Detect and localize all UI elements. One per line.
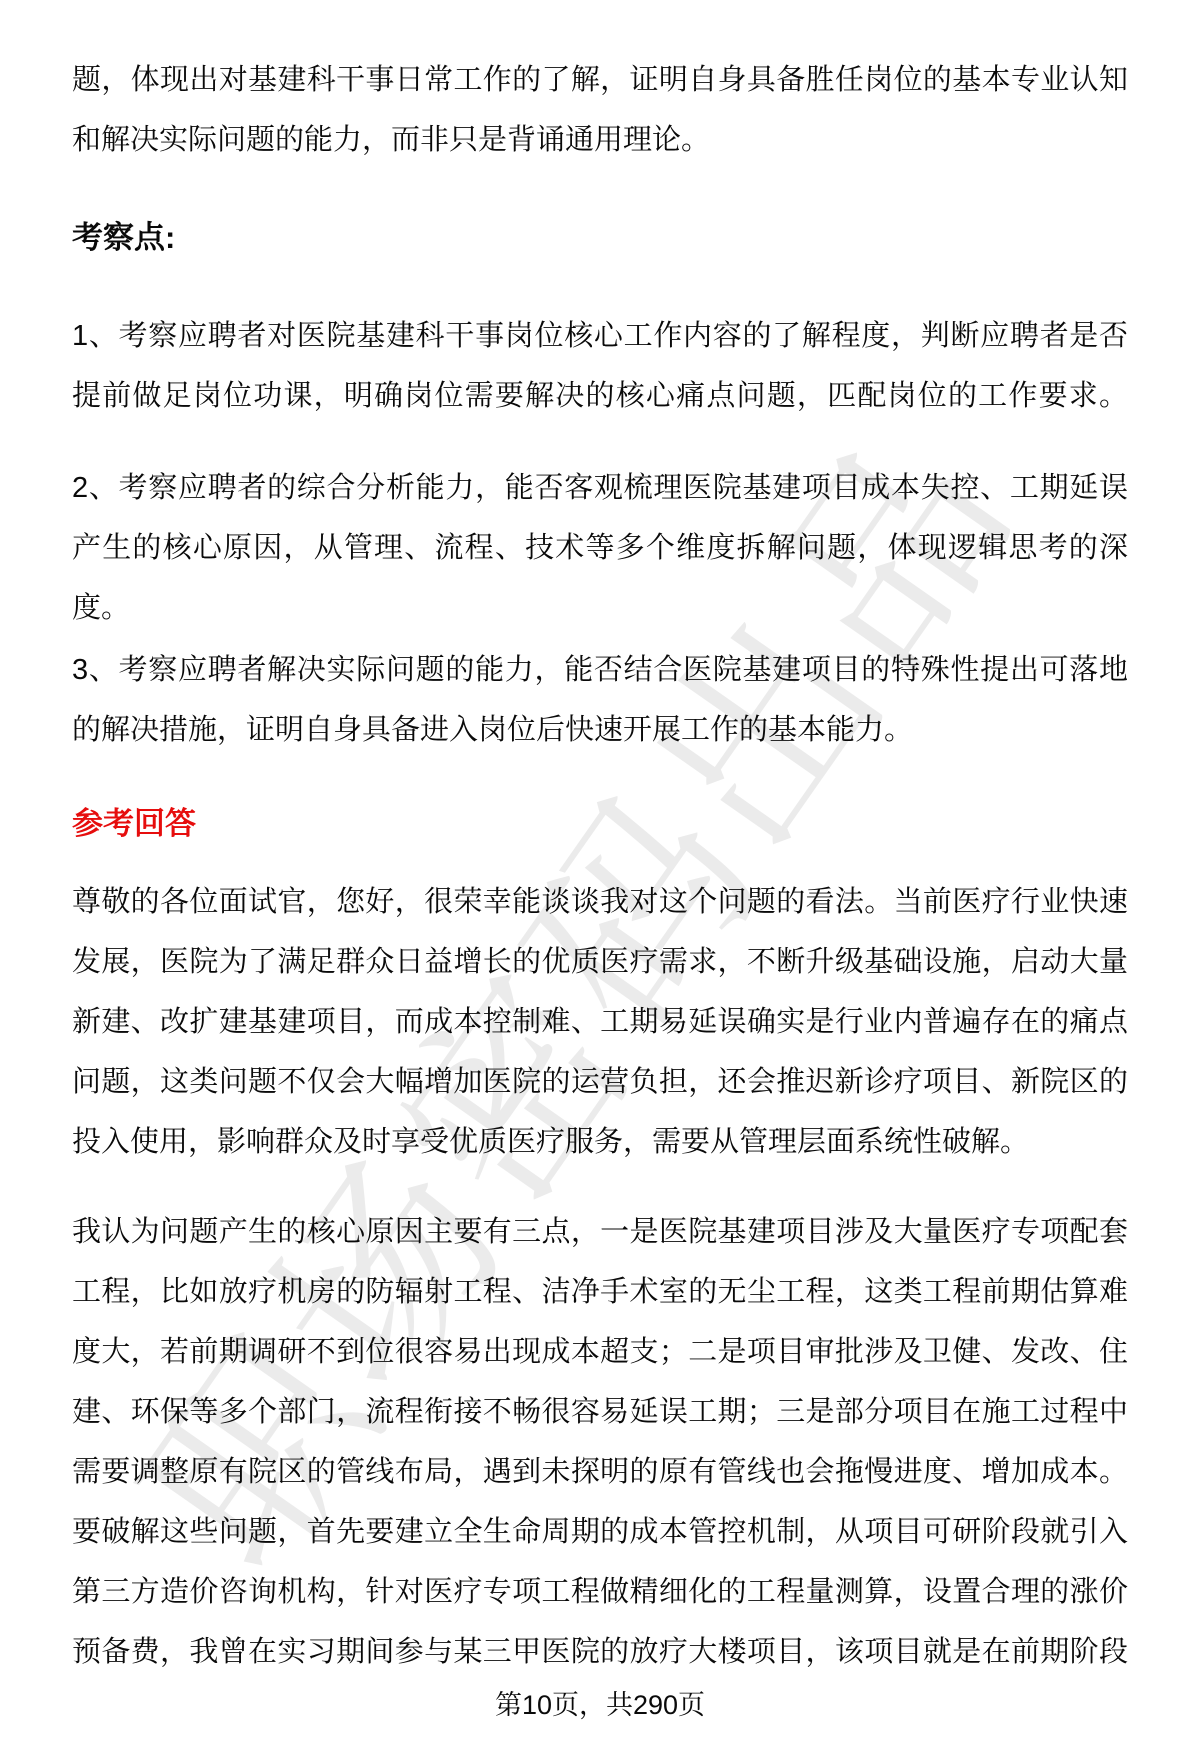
text-line: 产生的核心原因，从管理、流程、技术等多个维度拆解问题，体现逻辑思考的深 (72, 518, 1128, 578)
answer-paragraph-2: 我认为问题产生的核心原因主要有三点，一是医院基建项目涉及大量医疗专项配套 工程，… (72, 1202, 1128, 1682)
text-line: 2、考察应聘者的综合分析能力，能否客观梳理医院基建项目成本失控、工期延误 (72, 458, 1128, 518)
text-line: 和解决实际问题的能力，而非只是背诵通用理论。 (72, 110, 1128, 170)
answer-paragraph-1: 尊敬的各位面试官，您好，很荣幸能谈谈我对这个问题的看法。当前医疗行业快速 发展，… (72, 872, 1128, 1172)
text-line: 度大，若前期调研不到位很容易出现成本超支；二是项目审批涉及卫健、发改、住 (72, 1322, 1128, 1382)
intro-paragraph: 题，体现出对基建科干事日常工作的了解，证明自身具备胜任岗位的基本专业认知 和解决… (72, 50, 1128, 170)
text-line: 建、环保等多个部门，流程衔接不畅很容易延误工期；三是部分项目在施工过程中 (72, 1382, 1128, 1442)
document-page: 职场密码出品 题，体现出对基建科干事日常工作的了解，证明自身具备胜任岗位的基本专… (0, 0, 1200, 1755)
page-content: 题，体现出对基建科干事日常工作的了解，证明自身具备胜任岗位的基本专业认知 和解决… (0, 0, 1200, 1682)
text-line: 要破解这些问题，首先要建立全生命周期的成本管控机制，从项目可研阶段就引入 (72, 1502, 1128, 1562)
text-line: 投入使用，影响群众及时享受优质医疗服务，需要从管理层面系统性破解。 (72, 1112, 1128, 1172)
text-line: 第三方造价咨询机构，针对医疗专项工程做精细化的工程量测算，设置合理的涨价 (72, 1562, 1128, 1622)
assessment-point-1: 1、考察应聘者对医院基建科干事岗位核心工作内容的了解程度，判断应聘者是否 提前做… (72, 306, 1128, 426)
text-line: 问题，这类问题不仅会大幅增加医院的运营负担，还会推迟新诊疗项目、新院区的 (72, 1052, 1128, 1112)
text-line: 工程，比如放疗机房的防辐射工程、洁净手术室的无尘工程，这类工程前期估算难 (72, 1262, 1128, 1322)
assessment-point-3: 3、考察应聘者解决实际问题的能力，能否结合医院基建项目的特殊性提出可落地 的解决… (72, 640, 1128, 760)
text-line: 新建、改扩建基建项目，而成本控制难、工期易延误确实是行业内普遍存在的痛点 (72, 992, 1128, 1052)
text-line: 提前做足岗位功课，明确岗位需要解决的核心痛点问题，匹配岗位的工作要求。 (72, 366, 1128, 426)
assessment-point-2: 2、考察应聘者的综合分析能力，能否客观梳理医院基建项目成本失控、工期延误 产生的… (72, 458, 1128, 638)
text-line: 题，体现出对基建科干事日常工作的了解，证明自身具备胜任岗位的基本专业认知 (72, 50, 1128, 110)
text-line: 的解决措施，证明自身具备进入岗位后快速开展工作的基本能力。 (72, 700, 1128, 760)
text-line: 我认为问题产生的核心原因主要有三点，一是医院基建项目涉及大量医疗专项配套 (72, 1202, 1128, 1262)
text-line: 度。 (72, 578, 1128, 638)
section-heading-assessment-points: 考察点: (72, 208, 1128, 268)
text-line: 需要调整原有院区的管线布局，遇到未探明的原有管线也会拖慢进度、增加成本。 (72, 1442, 1128, 1502)
text-line: 发展，医院为了满足群众日益增长的优质医疗需求，不断升级基础设施，启动大量 (72, 932, 1128, 992)
text-line: 3、考察应聘者解决实际问题的能力，能否结合医院基建项目的特殊性提出可落地 (72, 640, 1128, 700)
text-line: 1、考察应聘者对医院基建科干事岗位核心工作内容的了解程度，判断应聘者是否 (72, 306, 1128, 366)
text-line: 预备费，我曾在实习期间参与某三甲医院的放疗大楼项目，该项目就是在前期阶段 (72, 1622, 1128, 1682)
page-footer: 第10页，共290页 (0, 1684, 1200, 1726)
section-heading-reference-answer: 参考回答 (72, 794, 1128, 854)
text-line: 尊敬的各位面试官，您好，很荣幸能谈谈我对这个问题的看法。当前医疗行业快速 (72, 872, 1128, 932)
